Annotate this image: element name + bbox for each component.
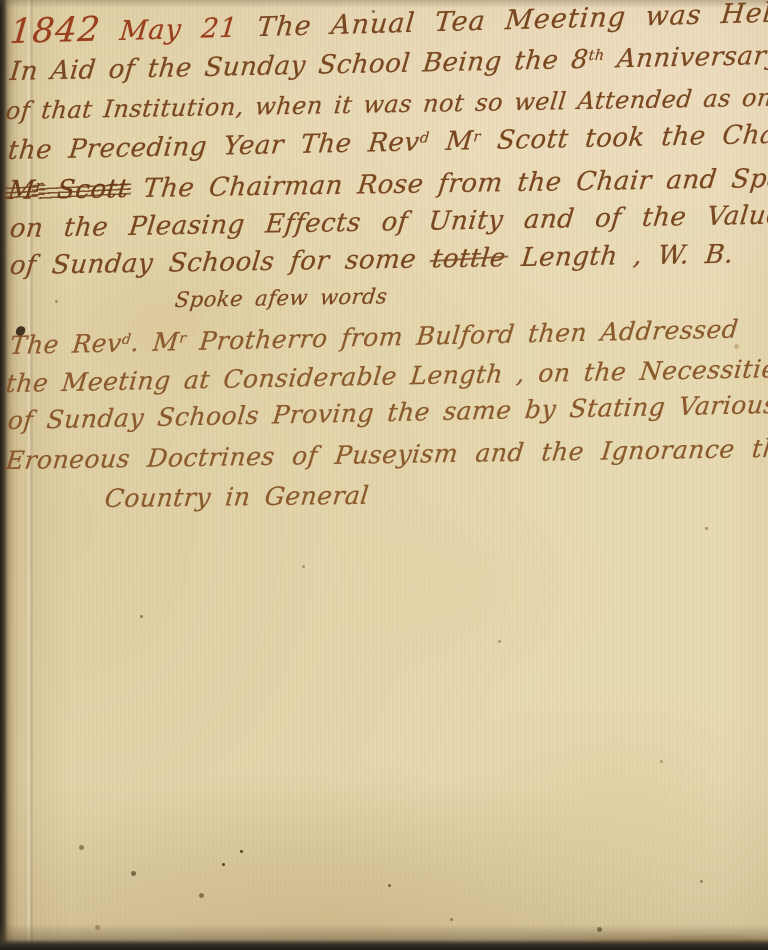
handwriting-segment: . M [130, 327, 181, 357]
handwriting-segment: the Preceding Year The Rev [6, 127, 421, 166]
line-11: of Sunday Schools Proving the same by St… [8, 390, 768, 435]
handwriting-segment: of Sunday Schools Proving the same by St… [7, 390, 768, 435]
line-9: The Revd. Mr Protherro from Bulford then… [10, 314, 739, 360]
handwriting-segment: Scott [41, 174, 130, 205]
handwriting-segment: Protherro from Bulford then Addressed [185, 314, 740, 356]
handwriting-segment: In Aid of the Sunday School Being the 8 [8, 45, 589, 87]
handwriting-segment: the Meeting at Considerable Length , on … [4, 354, 768, 398]
line-5: Mr Scott The Chairman Rose from the Chai… [8, 163, 768, 206]
handwriting-segment: The Anual Tea Meeting was Held [256, 0, 768, 43]
line-12: Eroneous Doctrines of Puseyism and the I… [6, 434, 768, 475]
handwriting-segment: Anniversary [603, 41, 768, 75]
handwriting-segment: 1842 [8, 9, 102, 52]
handwriting-segment: Length , W. B. [504, 240, 735, 274]
line-13: Country in General [105, 481, 369, 513]
handwriting-segment: Country in General [103, 481, 370, 513]
handwriting-segment: The Chairman Rose from the Chair and Spa… [127, 163, 768, 204]
line-4: the Preceding Year The Revd Mr Scott too… [8, 119, 768, 166]
handwriting-segment: Eroneous Doctrines of Puseyism and the I… [4, 434, 768, 475]
handwriting-segment: of that Institution, when it was not so … [5, 84, 768, 125]
line-7: of Sunday Schools for some tottle Length… [10, 240, 734, 281]
handwriting-segment: tottle [430, 243, 507, 274]
handwriting-segment: Spoke afew words [174, 284, 389, 312]
manuscript-text: 1842 May 21 The Anual Tea Meeting was He… [0, 0, 768, 950]
handwriting-segment: on the Pleasing Effects of Unity and of … [8, 200, 768, 244]
scanned-manuscript-page: 1842 May 21 The Anual Tea Meeting was He… [0, 0, 768, 950]
line-3: of that Institution, when it was not so … [6, 84, 768, 125]
handwriting-segment: The Rev [9, 328, 124, 360]
handwriting-segment: Scott took the Chair [479, 119, 768, 156]
handwriting-segment: of Sunday Schools for some [8, 244, 433, 281]
handwriting-segment: May 21 [99, 12, 259, 47]
line-10: the Meeting at Considerable Length , on … [6, 354, 768, 398]
line-8: Spoke afew words [175, 284, 388, 312]
line-6: on the Pleasing Effects of Unity and of … [10, 201, 768, 244]
handwriting-segment: M [428, 126, 475, 157]
